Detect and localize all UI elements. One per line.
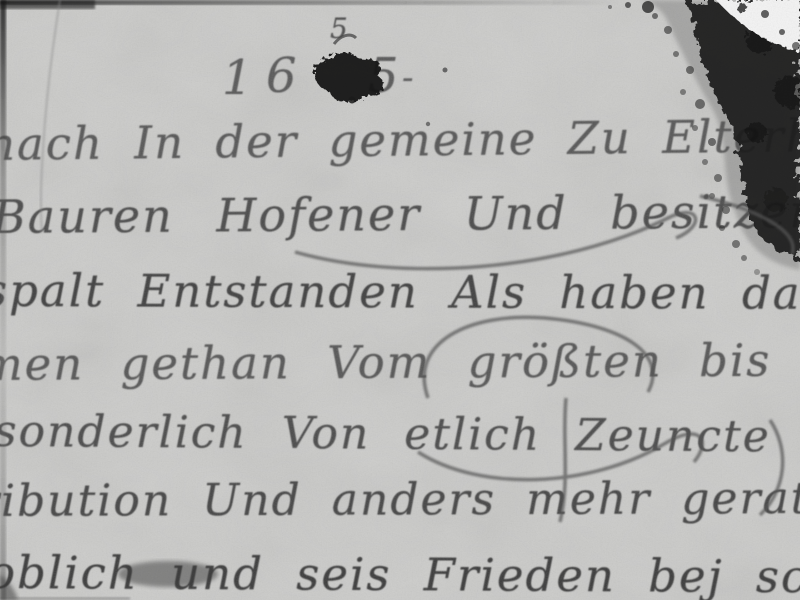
manuscript-page: 1 6 5 5 - nach In der gemeine Zu Elterha…: [0, 0, 800, 600]
handwriting-line-5: sonderlich Von etlich Zeuncte h: [0, 406, 800, 463]
handwriting-line-2: Bauren Hofener Und besitzen: [0, 184, 800, 244]
date-digit-2: 6: [266, 48, 297, 104]
handwriting-line-3: spalt Entstanden Als haben dana: [0, 264, 800, 320]
date-dash-mark: -: [402, 58, 414, 98]
handwriting-line-4: men gethan Vom größten bis w: [0, 333, 800, 391]
date-digit-1: 1: [222, 50, 253, 106]
handwriting-line-6: ribution Und anders mehr gerath: [0, 473, 800, 527]
date-superscript-digit: 5: [330, 12, 348, 45]
manuscript-text: 1 6 5 5 - nach In der gemeine Zu Elterha…: [0, 0, 800, 600]
handwriting-line-1: nach In der gemeine Zu Elterhau: [0, 109, 800, 171]
date-digit-3: 5: [368, 48, 399, 104]
handwriting-line-7: oblich und seis Frieden bej schw: [0, 546, 800, 600]
